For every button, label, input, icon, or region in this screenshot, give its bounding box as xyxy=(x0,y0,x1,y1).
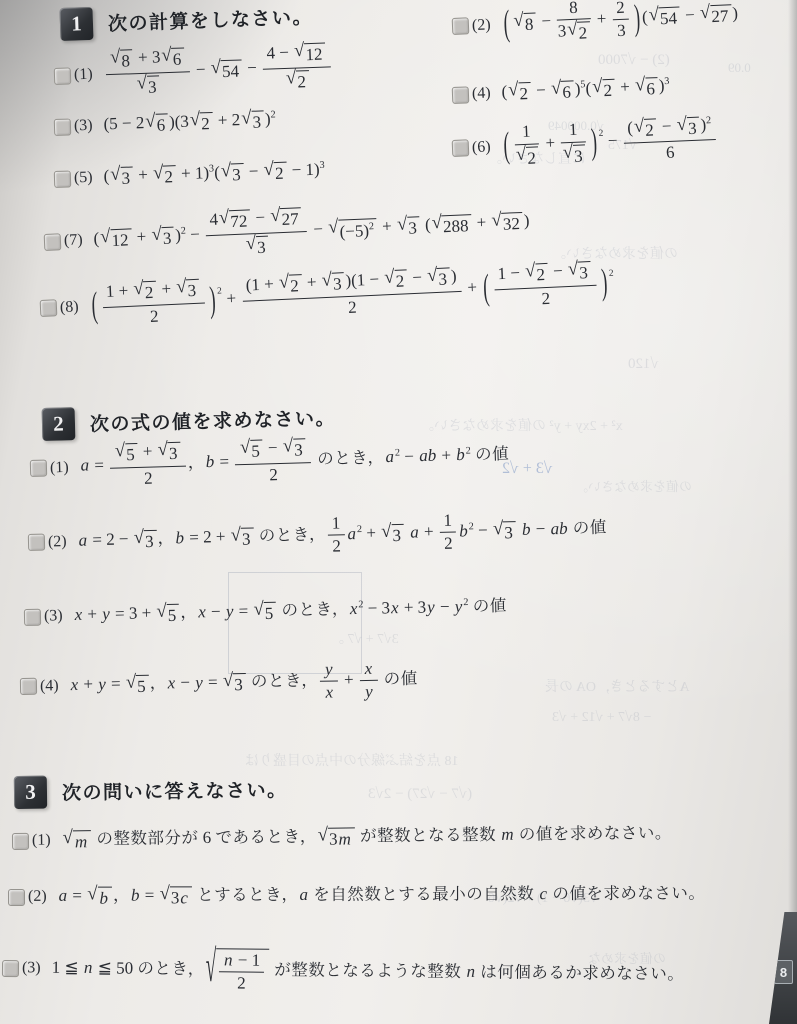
problem-1-4: (4) (√2 − √6)5(√2 + √6)3 xyxy=(452,76,670,107)
problem-number: (2) xyxy=(28,888,47,906)
problem-formula: (1 + √2 + √32)2 + (1 + √2 + √3)(1 − √2 −… xyxy=(89,260,615,329)
ghost-text: (√7 − √27) − 2√3 xyxy=(368,786,472,803)
problem-formula: a = √5 + √32，b = √5 − √32 のとき，a2 − ab + … xyxy=(79,433,510,490)
problem-formula: √m の整数部分が 6 であるとき，√3m が整数となる整数 m の値を求めなさ… xyxy=(62,823,672,852)
checkbox-icon xyxy=(452,86,470,104)
ghost-text: − 8√7 + √12 + √3 xyxy=(552,710,651,726)
problem-1-8: (8) (1 + √2 + √32)2 + (1 + √2 + √3)(1 − … xyxy=(39,260,615,331)
problem-formula: x + y = √5，x − y = √3 のとき，yx + xy の値 xyxy=(69,659,418,707)
problem-2-4: (4) x + y = √5，x − y = √3 のとき，yx + xy の値 xyxy=(20,659,418,708)
section-1-badge: 1 xyxy=(59,7,93,41)
ghost-text: Aとするとき，OA の長 xyxy=(545,676,690,696)
problem-1-7: (7) (√12 + √3)2 − 4√72 − √27√3 − √(−5)2 … xyxy=(43,198,530,267)
checkbox-icon xyxy=(40,299,58,317)
problem-number: (7) xyxy=(64,232,83,251)
problem-number: (1) xyxy=(74,66,93,85)
ghost-text: の値を求めなさい。 xyxy=(575,476,692,495)
ghost-text: (2) − √7000 xyxy=(598,52,670,69)
problem-3-1: (1) √m の整数部分が 6 であるとき，√3m が整数となる整数 m の値を… xyxy=(12,823,672,853)
section-2-title: 次の式の値を求めなさい。 xyxy=(90,403,337,436)
problem-formula: (√12 + √3)2 − 4√72 − √27√3 − √(−5)2 + √3… xyxy=(93,198,531,265)
problem-number: (1) xyxy=(50,458,69,477)
problem-1-6: (6) (1√2 + 1√3)2 − (√2 − √3)26 xyxy=(451,115,719,172)
checkbox-icon xyxy=(54,67,72,85)
problem-number: (2) xyxy=(472,16,491,35)
photo-background-corner: 8 xyxy=(769,912,797,1024)
problem-number: (4) xyxy=(472,85,491,104)
section-1-title: 次の計算をしなさい。 xyxy=(107,2,313,36)
ghost-text: √120 xyxy=(628,356,659,373)
problem-formula: (√2 − √6)5(√2 + √6)3 xyxy=(501,76,670,105)
checkbox-icon xyxy=(452,140,470,158)
checkbox-icon xyxy=(54,118,72,136)
problem-2-2: (2) a = 2 − √3，b = 2 + √3 のとき，12a2 + √3 … xyxy=(27,508,607,564)
problem-formula: x + y = 3 + √5，x − y = √5 のとき，x2 − 3x + … xyxy=(73,596,507,628)
problem-2-1: (1) a = √5 + √32，b = √5 − √32 のとき，a2 − a… xyxy=(29,433,509,491)
problem-number: (5) xyxy=(74,169,93,188)
problem-3-2: (2) a = √b，b = √3c とするとき，a を自然数とする最小の自然数… xyxy=(8,884,705,909)
ghost-text: 0.09 xyxy=(728,60,751,76)
problem-number: (3) xyxy=(44,608,63,626)
page-number-tab: 8 xyxy=(774,960,793,984)
problem-number: (3) xyxy=(74,117,93,136)
problem-formula: (1√2 + 1√3)2 − (√2 − √3)26 xyxy=(501,115,719,170)
problem-1-3: (3) (5 − 2√6)(3√2 + 2√3)2 xyxy=(54,109,276,139)
problem-1-1: (1) √8 + 3√6√3 − √54 − 4 − √12√2 xyxy=(53,42,334,100)
checkbox-icon xyxy=(452,17,470,35)
problem-formula: a = 2 − √3，b = 2 + √3 のとき，12a2 + √3 a + … xyxy=(77,508,607,563)
worksheet-photo: (2) − √7000 0.09 √0.000049 √175 に直しなさい。 … xyxy=(0,0,797,1024)
checkbox-icon xyxy=(44,233,62,251)
section-3-title: 次の問いに答えなさい。 xyxy=(62,775,288,805)
problem-number: (6) xyxy=(472,138,491,157)
problem-1-5: (5) (√3 + √2 + 1)3(√3 − √2 − 1)3 xyxy=(54,159,326,190)
checkbox-icon xyxy=(30,460,47,477)
section-3-badge: 3 xyxy=(14,776,47,809)
problem-formula: 1 ≦ n ≦ 50 のとき，√n − 12 が整数となるような整数 n は何個… xyxy=(51,947,684,998)
problem-formula: (5 − 2√6)(3√2 + 2√3)2 xyxy=(103,109,276,137)
checkbox-icon xyxy=(20,678,37,695)
problem-formula: (√8 − 83√2 + 23)(√54 − √27) xyxy=(501,0,739,47)
checkbox-icon xyxy=(8,889,25,906)
ghost-text: 18 点を結ぶ線分の中点の目盛りは xyxy=(245,750,459,770)
problem-1-2: (2) (√8 − 83√2 + 23)(√54 − √27) xyxy=(451,0,739,49)
checkbox-icon xyxy=(28,534,45,551)
section-2-badge: 2 xyxy=(42,407,76,441)
problem-number: (1) xyxy=(32,832,51,850)
ghost-text: x² + 2xy + y² の値を求めなさい。 xyxy=(420,415,623,435)
checkbox-icon xyxy=(54,170,72,188)
checkbox-icon xyxy=(24,608,41,625)
checkbox-icon xyxy=(12,833,29,850)
checkbox-icon xyxy=(2,960,19,977)
problem-3-3: (3) 1 ≦ n ≦ 50 のとき，√n − 12 が整数となるような整数 n… xyxy=(2,946,685,998)
problem-formula: a = √b，b = √3c とするとき，a を自然数とする最小の自然数 c の… xyxy=(58,884,706,909)
problem-number: (4) xyxy=(40,677,59,695)
problem-formula: (√3 + √2 + 1)3(√3 − √2 − 1)3 xyxy=(103,159,325,189)
page-edge-shadow xyxy=(788,0,797,1024)
problem-number: (3) xyxy=(22,960,41,978)
problem-number: (2) xyxy=(48,533,67,551)
problem-number: (8) xyxy=(60,298,79,317)
problem-formula: √8 + 3√6√3 − √54 − 4 − √12√2 xyxy=(103,42,334,98)
section-3-header: 3 次の問いに答えなさい。 xyxy=(14,772,288,809)
section-1-header: 1 次の計算をしなさい。 xyxy=(59,0,313,41)
